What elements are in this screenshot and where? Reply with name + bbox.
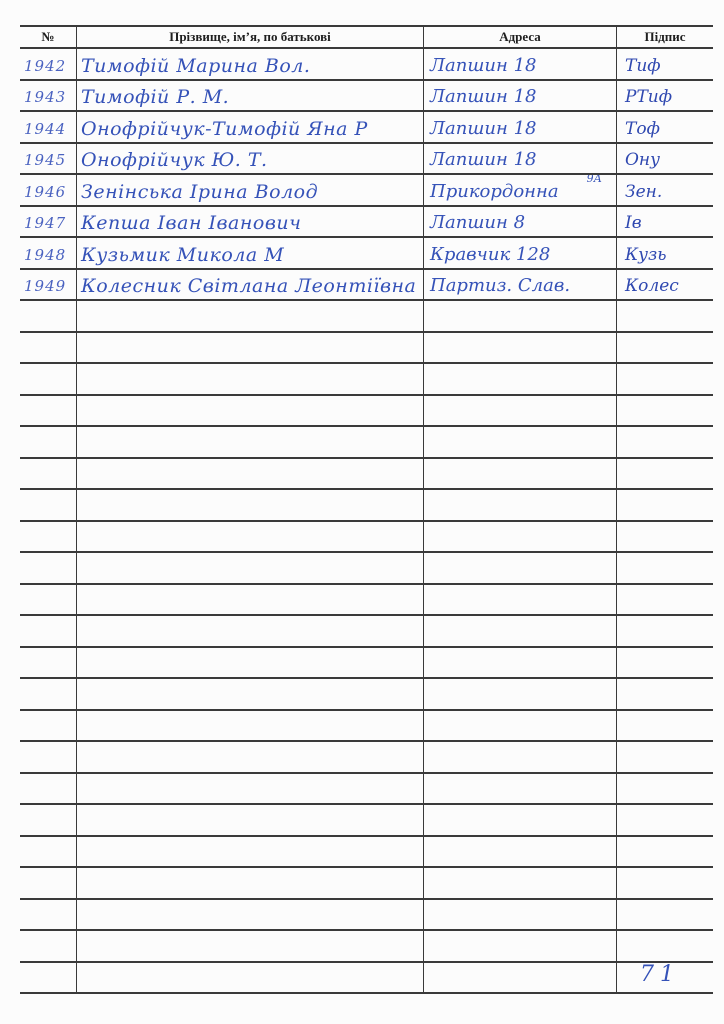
table-row-empty — [20, 930, 713, 962]
header-full-name: Прізвище, ім’я, по батькові — [77, 26, 424, 48]
table-row-empty — [20, 489, 713, 521]
cell-address — [424, 836, 617, 868]
table-row: 1948Кузьмик Микола МКравчик 128Кузь — [20, 237, 713, 269]
cell-full-name — [77, 678, 424, 710]
table-row-empty — [20, 773, 713, 805]
table-row: 1943Тимофій Р. М.Лапшин 18РТиф — [20, 80, 713, 112]
cell-address — [424, 584, 617, 616]
cell-number — [20, 332, 77, 364]
table-row: 1947Кепша Іван ІвановичЛапшин 8Ів — [20, 206, 713, 238]
header-address: Адреса — [424, 26, 617, 48]
table-row-empty — [20, 552, 713, 584]
table-row-empty — [20, 426, 713, 458]
table-header-row: № Прізвище, ім’я, по батькові Адреса Під… — [20, 26, 713, 48]
table-row-empty — [20, 584, 713, 616]
cell-full-name-text: Зенінська Ірина Волод — [77, 179, 423, 205]
cell-address — [424, 647, 617, 679]
cell-address-text: Лапшин 18 — [424, 116, 616, 142]
cell-full-name — [77, 363, 424, 395]
table-row-empty — [20, 899, 713, 931]
cell-full-name — [77, 836, 424, 868]
cell-number-text: 1943 — [20, 84, 76, 110]
cell-address-text: Лапшин 18 — [424, 53, 616, 79]
cell-full-name — [77, 332, 424, 364]
cell-full-name — [77, 489, 424, 521]
cell-signature: Кузь — [617, 237, 714, 269]
cell-number — [20, 930, 77, 962]
cell-number — [20, 584, 77, 616]
cell-full-name — [77, 899, 424, 931]
cell-number-text: 1947 — [20, 210, 76, 236]
cell-full-name-text: Кепша Іван Іванович — [77, 210, 423, 236]
cell-full-name — [77, 741, 424, 773]
cell-number — [20, 962, 77, 994]
cell-signature — [617, 521, 714, 553]
cell-full-name-text: Тимофій Р. М. — [77, 84, 423, 110]
table-row-empty — [20, 647, 713, 679]
cell-full-name — [77, 300, 424, 332]
cell-full-name: Тимофій Р. М. — [77, 80, 424, 112]
cell-address — [424, 552, 617, 584]
cell-full-name-text: Тимофій Марина Вол. — [77, 53, 423, 79]
cell-signature-text: Тоф — [617, 116, 713, 142]
cell-signature: Тиф — [617, 48, 714, 80]
cell-full-name: Колесник Світлана Леонтіївна — [77, 269, 424, 301]
table-row-empty — [20, 867, 713, 899]
cell-signature-text: Ону — [617, 147, 713, 173]
cell-signature — [617, 552, 714, 584]
cell-signature-text: Колес — [617, 273, 713, 299]
cell-number: 1949 — [20, 269, 77, 301]
cell-address — [424, 678, 617, 710]
cell-number: 1945 — [20, 143, 77, 175]
cell-address-text: Прикордонна9А — [424, 179, 616, 205]
table-row: 1945Онофрійчук Ю. Т.Лапшин 18Ону — [20, 143, 713, 175]
cell-address — [424, 458, 617, 490]
cell-address — [424, 710, 617, 742]
cell-signature: Зен. — [617, 174, 714, 206]
document-page: № Прізвище, ім’я, по батькові Адреса Під… — [0, 0, 724, 1024]
cell-full-name — [77, 773, 424, 805]
cell-full-name — [77, 552, 424, 584]
cell-signature — [617, 710, 714, 742]
cell-signature: Ів — [617, 206, 714, 238]
table-row-empty — [20, 741, 713, 773]
cell-signature — [617, 647, 714, 679]
cell-number — [20, 300, 77, 332]
cell-signature — [617, 930, 714, 962]
cell-number — [20, 552, 77, 584]
cell-full-name — [77, 647, 424, 679]
cell-address: Кравчик 128 — [424, 237, 617, 269]
table-row-empty — [20, 332, 713, 364]
cell-full-name: Зенінська Ірина Волод — [77, 174, 424, 206]
cell-signature: РТиф — [617, 80, 714, 112]
cell-number-text: 1945 — [20, 147, 76, 173]
cell-address — [424, 773, 617, 805]
cell-full-name — [77, 710, 424, 742]
table-row-empty — [20, 458, 713, 490]
cell-signature — [617, 678, 714, 710]
cell-address — [424, 395, 617, 427]
cell-signature — [617, 899, 714, 931]
cell-signature — [617, 584, 714, 616]
cell-number: 1942 — [20, 48, 77, 80]
table-row-empty — [20, 678, 713, 710]
cell-signature — [617, 615, 714, 647]
cell-address-text: Лапшин 18 — [424, 84, 616, 110]
cell-full-name — [77, 584, 424, 616]
address-note: 9А — [587, 174, 602, 184]
table-row-empty — [20, 363, 713, 395]
cell-number — [20, 489, 77, 521]
cell-full-name — [77, 521, 424, 553]
cell-number: 1944 — [20, 111, 77, 143]
cell-number — [20, 615, 77, 647]
cell-full-name: Тимофій Марина Вол. — [77, 48, 424, 80]
cell-full-name-text: Онофрійчук-Тимофій Яна Р — [77, 116, 423, 142]
cell-signature: Колес — [617, 269, 714, 301]
table-row-empty — [20, 395, 713, 427]
cell-full-name — [77, 615, 424, 647]
cell-signature: Ону — [617, 143, 714, 175]
cell-address — [424, 930, 617, 962]
cell-address-text: Лапшин 8 — [424, 210, 616, 236]
table-row-empty — [20, 300, 713, 332]
header-signature: Підпис — [617, 26, 714, 48]
cell-address: Лапшин 18 — [424, 111, 617, 143]
cell-number — [20, 647, 77, 679]
cell-number: 1948 — [20, 237, 77, 269]
cell-address — [424, 489, 617, 521]
cell-signature — [617, 395, 714, 427]
cell-address — [424, 741, 617, 773]
cell-signature — [617, 867, 714, 899]
cell-number — [20, 773, 77, 805]
cell-signature — [617, 332, 714, 364]
cell-full-name — [77, 395, 424, 427]
cell-signature — [617, 489, 714, 521]
cell-signature-text: Кузь — [617, 242, 713, 268]
cell-number: 1946 — [20, 174, 77, 206]
cell-number-text: 1944 — [20, 116, 76, 142]
cell-address — [424, 615, 617, 647]
table-row-empty — [20, 710, 713, 742]
cell-address — [424, 363, 617, 395]
registration-table: № Прізвище, ім’я, по батькові Адреса Під… — [20, 25, 713, 994]
cell-number-text: 1948 — [20, 242, 76, 268]
page-number: 71 — [640, 962, 680, 987]
cell-full-name — [77, 962, 424, 994]
cell-full-name — [77, 930, 424, 962]
table-row-empty — [20, 836, 713, 868]
address-text: Прикордонна — [430, 181, 559, 202]
table-row-empty — [20, 962, 713, 994]
cell-number — [20, 741, 77, 773]
cell-address: Лапшин 18 — [424, 143, 617, 175]
table-row: 1944Онофрійчук-Тимофій Яна РЛапшин 18Тоф — [20, 111, 713, 143]
table-row-empty — [20, 615, 713, 647]
cell-full-name — [77, 804, 424, 836]
cell-signature — [617, 773, 714, 805]
cell-address — [424, 426, 617, 458]
cell-signature — [617, 836, 714, 868]
cell-full-name — [77, 458, 424, 490]
table-row-empty — [20, 521, 713, 553]
cell-number — [20, 521, 77, 553]
header-number: № — [20, 26, 77, 48]
cell-address-text: Лапшин 18 — [424, 147, 616, 173]
cell-number — [20, 395, 77, 427]
cell-signature — [617, 741, 714, 773]
cell-address — [424, 867, 617, 899]
cell-address — [424, 521, 617, 553]
cell-number — [20, 426, 77, 458]
cell-signature-text: Тиф — [617, 53, 713, 79]
cell-address-text: Партиз. Слав. — [424, 273, 616, 299]
table-body: 1942Тимофій Марина Вол.Лапшин 18Тиф1943Т… — [20, 48, 713, 993]
cell-full-name — [77, 426, 424, 458]
cell-signature — [617, 300, 714, 332]
cell-address: Лапшин 18 — [424, 80, 617, 112]
cell-signature-text: Ів — [617, 210, 713, 236]
cell-number — [20, 899, 77, 931]
cell-number — [20, 867, 77, 899]
cell-full-name — [77, 867, 424, 899]
cell-signature-text: Зен. — [617, 179, 713, 205]
cell-address — [424, 332, 617, 364]
table-row: 1946Зенінська Ірина ВолодПрикордонна9АЗе… — [20, 174, 713, 206]
cell-full-name-text: Онофрійчук Ю. Т. — [77, 147, 423, 173]
cell-address: Лапшин 8 — [424, 206, 617, 238]
cell-number — [20, 710, 77, 742]
cell-number — [20, 836, 77, 868]
cell-number — [20, 363, 77, 395]
table-row-empty — [20, 804, 713, 836]
cell-address — [424, 962, 617, 994]
cell-signature: Тоф — [617, 111, 714, 143]
cell-number: 1943 — [20, 80, 77, 112]
cell-number — [20, 804, 77, 836]
table-row: 1942Тимофій Марина Вол.Лапшин 18Тиф — [20, 48, 713, 80]
cell-full-name: Онофрійчук Ю. Т. — [77, 143, 424, 175]
cell-signature — [617, 458, 714, 490]
cell-address — [424, 899, 617, 931]
cell-full-name: Онофрійчук-Тимофій Яна Р — [77, 111, 424, 143]
cell-full-name: Кузьмик Микола М — [77, 237, 424, 269]
cell-address-text: Кравчик 128 — [424, 242, 616, 268]
cell-number-text: 1942 — [20, 53, 76, 79]
cell-number — [20, 458, 77, 490]
cell-signature — [617, 426, 714, 458]
cell-full-name: Кепша Іван Іванович — [77, 206, 424, 238]
cell-full-name-text: Колесник Світлана Леонтіївна — [77, 273, 423, 299]
cell-signature — [617, 804, 714, 836]
table-row: 1949Колесник Світлана ЛеонтіївнаПартиз. … — [20, 269, 713, 301]
cell-number — [20, 678, 77, 710]
cell-address: Партиз. Слав. — [424, 269, 617, 301]
cell-number: 1947 — [20, 206, 77, 238]
cell-address — [424, 804, 617, 836]
cell-full-name-text: Кузьмик Микола М — [77, 242, 423, 268]
cell-address — [424, 300, 617, 332]
cell-number-text: 1949 — [20, 273, 76, 299]
cell-address: Лапшин 18 — [424, 48, 617, 80]
cell-signature — [617, 363, 714, 395]
cell-signature-text: РТиф — [617, 84, 713, 110]
cell-number-text: 1946 — [20, 179, 76, 205]
cell-address: Прикордонна9А — [424, 174, 617, 206]
